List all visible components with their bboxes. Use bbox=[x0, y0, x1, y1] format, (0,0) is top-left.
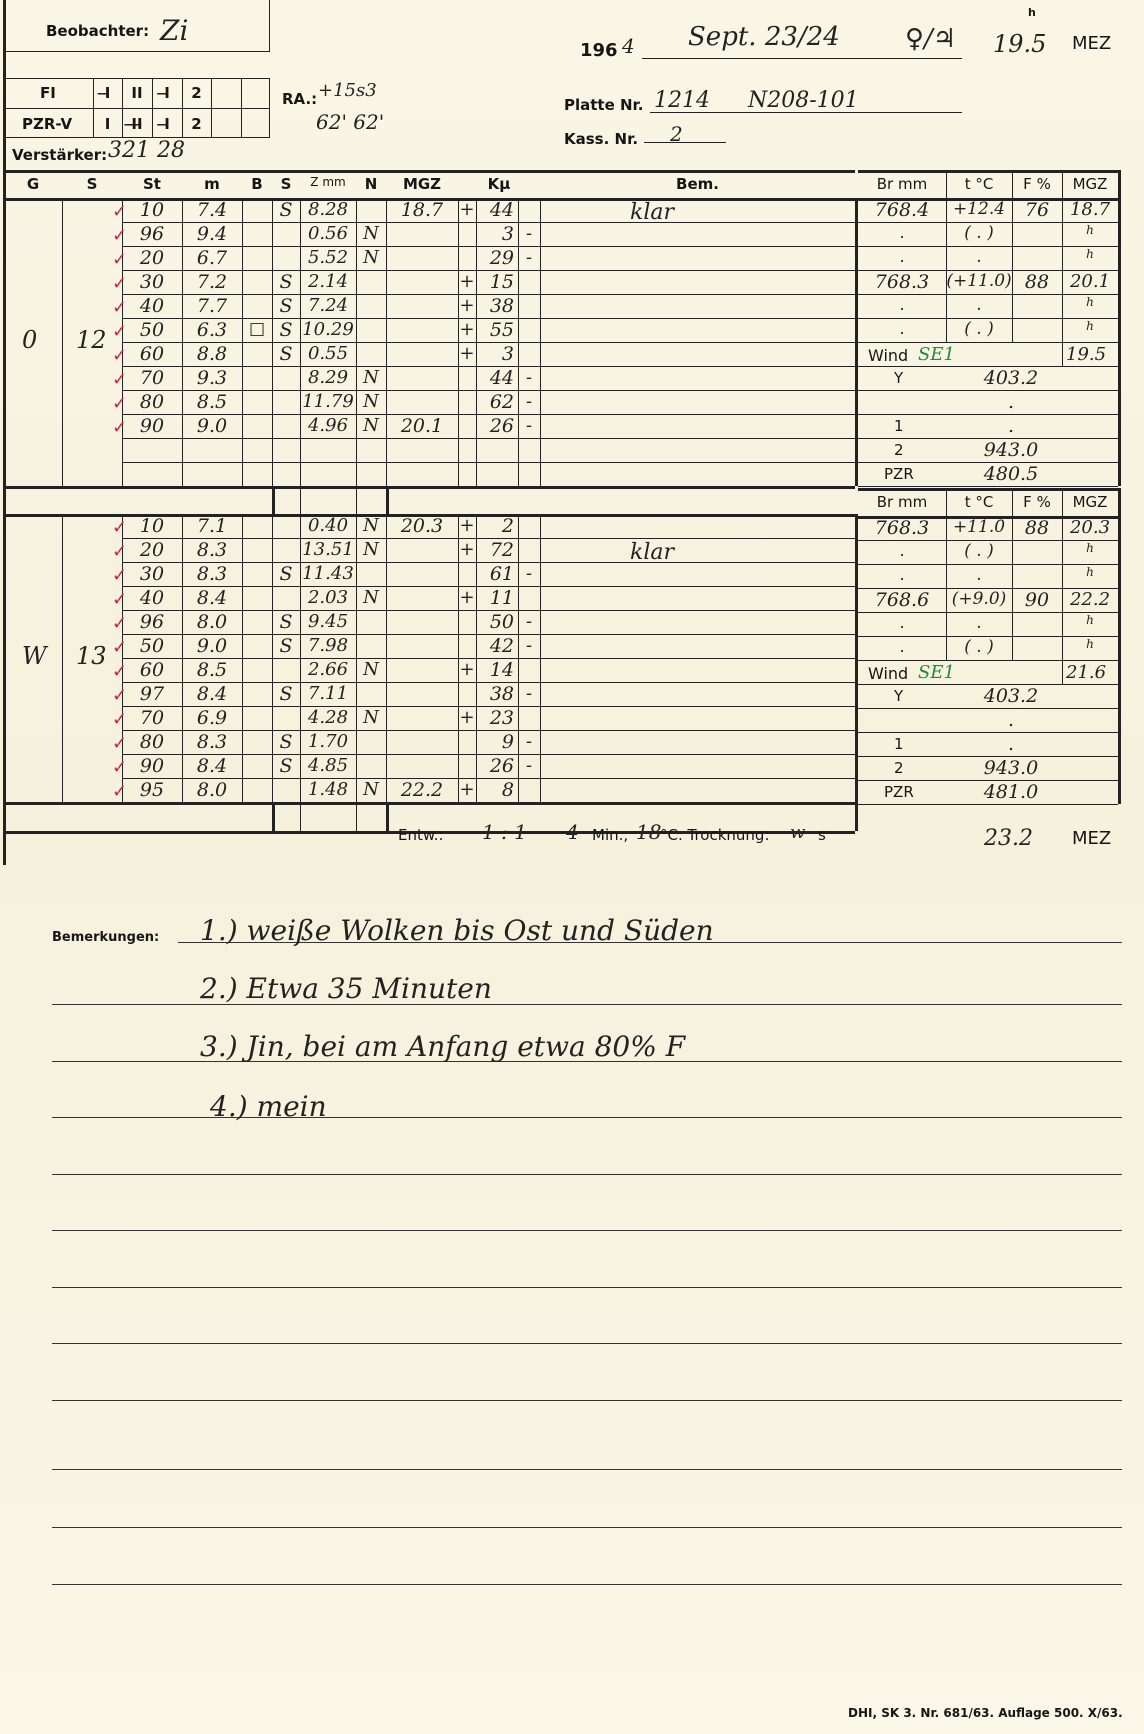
temperature: ( . ) bbox=[946, 637, 1012, 657]
remark-item: 1.) weiße Wolken bis Ost und Süden bbox=[200, 914, 714, 947]
met-extra-label: 2 bbox=[894, 759, 904, 777]
grid-line bbox=[386, 198, 387, 486]
temperature: . bbox=[946, 565, 1012, 585]
remark-item: 3.) Jin, bei am Anfang etwa 80% F bbox=[200, 1030, 685, 1063]
s-flag: S bbox=[272, 271, 300, 293]
date-value: Sept. 23/24 bbox=[688, 22, 840, 52]
k-mu: 38 bbox=[476, 295, 518, 317]
grid-line bbox=[540, 198, 541, 486]
year-prefix: 196 bbox=[580, 40, 618, 61]
drying-s: s bbox=[818, 826, 826, 844]
k-dash: - bbox=[518, 563, 540, 584]
z-mm: 0.56 bbox=[300, 223, 356, 244]
ra-label: RA.: bbox=[282, 90, 317, 108]
remark-line bbox=[52, 1174, 1122, 1175]
k-mu: 3 bbox=[476, 343, 518, 365]
column-header: S bbox=[272, 175, 300, 193]
group-label: 0 bbox=[22, 326, 37, 354]
z-mm: 4.85 bbox=[300, 755, 356, 776]
star-number: 40 bbox=[122, 295, 182, 317]
z-mm: 11.79 bbox=[300, 391, 356, 412]
development-minutes: 4 bbox=[566, 820, 579, 844]
star-number: 60 bbox=[122, 343, 182, 365]
barometer: . bbox=[858, 247, 946, 266]
s-flag: S bbox=[272, 755, 300, 777]
remark-item: 2.) Etwa 35 Minuten bbox=[200, 972, 492, 1005]
n-flag: N bbox=[356, 367, 386, 388]
group-label: W bbox=[22, 642, 47, 670]
star-number: 60 bbox=[122, 659, 182, 681]
z-mm: 10.29 bbox=[300, 319, 356, 340]
wind-time: 21.6 bbox=[1066, 662, 1106, 683]
star-number: 50 bbox=[122, 319, 182, 341]
n-flag: N bbox=[356, 779, 386, 800]
wind-value: SE1 bbox=[918, 662, 955, 683]
filter-cell: II bbox=[122, 84, 152, 102]
remarks-label: Bemerkungen: bbox=[52, 930, 159, 945]
k-mu: 29 bbox=[476, 247, 518, 269]
grid-line bbox=[122, 462, 855, 463]
met-mgz: h bbox=[1062, 319, 1118, 333]
k-mu: 44 bbox=[476, 199, 518, 221]
grid-line bbox=[3, 802, 855, 805]
star-number: 10 bbox=[122, 515, 182, 537]
remark-line bbox=[52, 1343, 1122, 1344]
column-header: S bbox=[62, 175, 122, 193]
grid-line bbox=[3, 170, 855, 173]
cassette-label: Kass. Nr. bbox=[564, 130, 638, 148]
z-mm: 4.96 bbox=[300, 415, 356, 436]
k-dash: - bbox=[518, 635, 540, 656]
met-column-header: t °C bbox=[946, 175, 1012, 193]
grid-line bbox=[300, 802, 301, 831]
grid-line bbox=[300, 486, 301, 514]
grid-line bbox=[855, 802, 858, 831]
star-number: 70 bbox=[122, 367, 182, 389]
b-flag: □ bbox=[242, 319, 272, 339]
amplifier-label: Verstärker: bbox=[12, 146, 107, 164]
k-mu: 14 bbox=[476, 659, 518, 681]
star-number: 80 bbox=[122, 731, 182, 753]
timezone: MEZ bbox=[1072, 33, 1111, 54]
star-number: 90 bbox=[122, 415, 182, 437]
remark-text: klar bbox=[630, 200, 674, 225]
z-mm: 11.43 bbox=[300, 563, 356, 584]
k-dash: - bbox=[518, 731, 540, 752]
met-column-header: Br mm bbox=[858, 493, 946, 511]
amplifier-value: 321 28 bbox=[108, 138, 185, 163]
magnitude: 8.4 bbox=[182, 587, 242, 609]
met-mgz: h bbox=[1062, 541, 1118, 555]
grid-line bbox=[356, 802, 357, 831]
grid-line bbox=[858, 660, 1118, 661]
grid-line bbox=[1012, 170, 1013, 342]
grid-line bbox=[62, 198, 63, 486]
grid-line bbox=[242, 514, 243, 802]
s-flag: S bbox=[272, 731, 300, 753]
k-mu: 61 bbox=[476, 563, 518, 585]
column-header: B bbox=[242, 175, 272, 193]
grid-line bbox=[122, 438, 855, 439]
met-mgz: h bbox=[1062, 295, 1118, 309]
k-sign: + bbox=[458, 199, 476, 220]
n-flag: N bbox=[356, 707, 386, 728]
grid-line bbox=[3, 486, 855, 489]
plate-label: Platte Nr. bbox=[564, 96, 644, 114]
star-number: 20 bbox=[122, 539, 182, 561]
k-mu: 26 bbox=[476, 415, 518, 437]
magnitude: 9.0 bbox=[182, 415, 242, 437]
met-extra-label: 2 bbox=[894, 441, 904, 459]
k-mu: 3 bbox=[476, 223, 518, 245]
met-mgz: 18.7 bbox=[1062, 199, 1118, 220]
observation-card: Beobachter: Zi FI PZR-V I̶ II I̶ 2 I I̶I… bbox=[0, 0, 1144, 1734]
n-flag: N bbox=[356, 539, 386, 560]
magnitude: 7.7 bbox=[182, 295, 242, 317]
n-flag: N bbox=[356, 587, 386, 608]
z-mm: 0.55 bbox=[300, 343, 356, 364]
met-extra-value: 943.0 bbox=[956, 439, 1066, 461]
met-mgz: 22.2 bbox=[1062, 589, 1118, 610]
n-flag: N bbox=[356, 247, 386, 268]
z-mm: 4.28 bbox=[300, 707, 356, 728]
weekday-value: ♀/♃ bbox=[905, 24, 956, 54]
mgz: 20.3 bbox=[386, 515, 458, 537]
imprint: DHI, SK 3. Nr. 681/63. Auflage 500. X/63… bbox=[848, 1706, 1123, 1720]
met-extra-label: 1 bbox=[894, 417, 904, 435]
filter-cell: I̶ bbox=[152, 84, 182, 102]
filter-cell: I bbox=[93, 115, 122, 133]
temperature: +12.4 bbox=[946, 199, 1012, 219]
z-mm: 2.66 bbox=[300, 659, 356, 680]
met-extra-label: Y bbox=[894, 687, 903, 705]
remark-item: 4.) mein bbox=[210, 1090, 327, 1123]
met-extra-value: 481.0 bbox=[956, 781, 1066, 803]
temperature: +11.0 bbox=[946, 517, 1012, 537]
k-mu: 38 bbox=[476, 683, 518, 705]
mgz: 22.2 bbox=[386, 779, 458, 801]
z-mm: 8.28 bbox=[300, 199, 356, 220]
met-mgz: 20.3 bbox=[1062, 517, 1118, 538]
magnitude: 6.7 bbox=[182, 247, 242, 269]
remark-line bbox=[52, 1287, 1122, 1288]
met-extra-value: 943.0 bbox=[956, 757, 1066, 779]
grid-line bbox=[1062, 170, 1063, 366]
grid-line bbox=[386, 486, 389, 514]
s-flag: S bbox=[272, 611, 300, 633]
k-mu: 55 bbox=[476, 319, 518, 341]
barometer: . bbox=[858, 223, 946, 242]
magnitude: 8.3 bbox=[182, 563, 242, 585]
met-extra-value: . bbox=[956, 709, 1066, 731]
k-dash: - bbox=[518, 415, 540, 436]
barometer: . bbox=[858, 637, 946, 656]
star-number: 20 bbox=[122, 247, 182, 269]
grid-line bbox=[356, 486, 357, 514]
magnitude: 7.4 bbox=[182, 199, 242, 221]
star-number: 96 bbox=[122, 611, 182, 633]
z-mm: 0.40 bbox=[300, 515, 356, 536]
grid-line bbox=[858, 804, 1118, 805]
plate-extra: N208-101 bbox=[748, 88, 859, 113]
grid-line bbox=[272, 486, 275, 514]
temperature: ( . ) bbox=[946, 223, 1012, 243]
ra-value: +15s3 bbox=[318, 80, 377, 101]
met-extra-value: 480.5 bbox=[956, 463, 1066, 485]
barometer: . bbox=[858, 613, 946, 632]
n-flag: N bbox=[356, 415, 386, 436]
k-mu: 11 bbox=[476, 587, 518, 609]
star-number: 40 bbox=[122, 587, 182, 609]
k-mu: 62 bbox=[476, 391, 518, 413]
s-flag: S bbox=[272, 295, 300, 317]
k-dash: - bbox=[518, 755, 540, 776]
grid-line bbox=[946, 488, 947, 660]
met-mgz: h bbox=[1062, 247, 1118, 261]
observer-label: Beobachter: bbox=[46, 22, 149, 40]
magnitude: 8.4 bbox=[182, 755, 242, 777]
magnitude: 9.3 bbox=[182, 367, 242, 389]
humidity: 88 bbox=[1012, 517, 1062, 539]
remarks-section bbox=[0, 865, 1144, 1734]
star-number: 80 bbox=[122, 391, 182, 413]
development-ratio: 1 : 1 bbox=[482, 820, 527, 844]
grid-line bbox=[242, 198, 243, 486]
met-extra-value: . bbox=[956, 391, 1066, 413]
development-min-label: Min., bbox=[592, 826, 628, 844]
k-mu: 42 bbox=[476, 635, 518, 657]
wind-time: 19.5 bbox=[1066, 344, 1106, 365]
mgz: 20.1 bbox=[386, 415, 458, 437]
cassette-value: 2 bbox=[670, 122, 683, 146]
n-flag: N bbox=[356, 391, 386, 412]
end-timezone: MEZ bbox=[1072, 828, 1111, 849]
met-mgz: 20.1 bbox=[1062, 271, 1118, 292]
met-extra-value: . bbox=[956, 733, 1066, 755]
k-sign: + bbox=[458, 515, 476, 536]
grid-line bbox=[1118, 170, 1121, 486]
magnitude: 8.0 bbox=[182, 779, 242, 801]
remark-line bbox=[52, 1584, 1122, 1585]
wind-label: Wind bbox=[868, 664, 908, 683]
grid-line bbox=[1118, 488, 1121, 804]
met-column-header: Br mm bbox=[858, 175, 946, 193]
time-unit: h bbox=[1028, 6, 1036, 19]
z-mm: 7.24 bbox=[300, 295, 356, 316]
met-extra-label: Y bbox=[894, 369, 903, 387]
k-mu: 23 bbox=[476, 707, 518, 729]
met-extra-value: 403.2 bbox=[956, 685, 1066, 707]
remark-line bbox=[52, 1527, 1122, 1528]
k-dash: - bbox=[518, 391, 540, 412]
z-mm: 2.03 bbox=[300, 587, 356, 608]
s-flag: S bbox=[272, 343, 300, 365]
development-temp-label: °C. Trocknung: bbox=[660, 826, 770, 844]
development-temp: 18 bbox=[636, 820, 661, 844]
met-mgz: h bbox=[1062, 223, 1118, 237]
ra-line2: 62' 62' bbox=[316, 110, 384, 134]
grid-line bbox=[1062, 488, 1063, 684]
met-column-header: MGZ bbox=[1062, 175, 1118, 193]
sequence-label: 12 bbox=[76, 326, 107, 354]
column-header: m bbox=[182, 175, 242, 193]
development-label: Entw.: bbox=[398, 826, 444, 844]
k-sign: + bbox=[458, 587, 476, 608]
grid-line bbox=[858, 170, 1118, 173]
column-header: St bbox=[122, 175, 182, 193]
remark-line bbox=[52, 1469, 1122, 1470]
met-mgz: h bbox=[1062, 613, 1118, 627]
grid-line bbox=[858, 488, 1118, 491]
met-extra-value: . bbox=[956, 415, 1066, 437]
s-flag: S bbox=[272, 683, 300, 705]
z-mm: 1.70 bbox=[300, 731, 356, 752]
k-mu: 8 bbox=[476, 779, 518, 801]
filter-cell: 2 bbox=[182, 115, 211, 133]
k-dash: - bbox=[518, 683, 540, 704]
magnitude: 7.2 bbox=[182, 271, 242, 293]
n-flag: N bbox=[356, 223, 386, 244]
met-extra-label: 1 bbox=[894, 735, 904, 753]
humidity: 90 bbox=[1012, 589, 1062, 611]
k-sign: + bbox=[458, 295, 476, 316]
filter-cell: 2 bbox=[182, 84, 211, 102]
wind-label: Wind bbox=[868, 346, 908, 365]
star-number: 97 bbox=[122, 683, 182, 705]
year-digit: 4 bbox=[622, 34, 635, 58]
filter-row-label: PZR-V bbox=[22, 115, 72, 133]
temperature: (+11.0) bbox=[946, 271, 1012, 291]
barometer: 768.6 bbox=[858, 589, 946, 611]
k-dash: - bbox=[518, 223, 540, 244]
star-number: 30 bbox=[122, 563, 182, 585]
k-dash: - bbox=[518, 247, 540, 268]
temperature: . bbox=[946, 247, 1012, 267]
barometer: 768.4 bbox=[858, 199, 946, 221]
temperature: ( . ) bbox=[946, 541, 1012, 561]
star-number: 50 bbox=[122, 635, 182, 657]
star-number: 95 bbox=[122, 779, 182, 801]
column-header: Z mm bbox=[300, 175, 356, 189]
k-mu: 72 bbox=[476, 539, 518, 561]
barometer: 768.3 bbox=[858, 517, 946, 539]
grid-line bbox=[62, 514, 63, 802]
s-flag: S bbox=[272, 199, 300, 221]
k-dash: - bbox=[518, 367, 540, 388]
k-mu: 44 bbox=[476, 367, 518, 389]
k-mu: 2 bbox=[476, 515, 518, 537]
remark-line bbox=[52, 1230, 1122, 1231]
grid-line bbox=[1012, 488, 1013, 660]
star-number: 30 bbox=[122, 271, 182, 293]
barometer: . bbox=[858, 541, 946, 560]
z-mm: 7.11 bbox=[300, 683, 356, 704]
grid-line bbox=[386, 802, 389, 831]
z-mm: 5.52 bbox=[300, 247, 356, 268]
met-extra-label: PZR bbox=[884, 783, 914, 801]
grid-line bbox=[540, 514, 541, 802]
column-header: N bbox=[356, 175, 386, 193]
k-sign: + bbox=[458, 659, 476, 680]
observer-value: Zi bbox=[160, 14, 188, 47]
k-sign: + bbox=[458, 779, 476, 800]
n-flag: N bbox=[356, 515, 386, 536]
remark-text: klar bbox=[630, 540, 674, 565]
z-mm: 9.45 bbox=[300, 611, 356, 632]
grid-line bbox=[272, 198, 273, 486]
grid-line bbox=[946, 170, 947, 342]
z-mm: 2.14 bbox=[300, 271, 356, 292]
k-mu: 9 bbox=[476, 731, 518, 753]
z-mm: 1.48 bbox=[300, 779, 356, 800]
s-flag: S bbox=[272, 563, 300, 585]
barometer: . bbox=[858, 319, 946, 338]
k-mu: 15 bbox=[476, 271, 518, 293]
filter-cell: I̶ bbox=[93, 84, 122, 102]
k-sign: + bbox=[458, 343, 476, 364]
magnitude: 6.3 bbox=[182, 319, 242, 341]
column-header: Kμ bbox=[458, 175, 540, 193]
wind-value: SE1 bbox=[918, 344, 955, 365]
filter-cell: I̶I̶ bbox=[122, 115, 152, 133]
k-mu: 26 bbox=[476, 755, 518, 777]
magnitude: 8.8 bbox=[182, 343, 242, 365]
sequence-label: 13 bbox=[76, 642, 107, 670]
star-number: 96 bbox=[122, 223, 182, 245]
temperature: ( . ) bbox=[946, 319, 1012, 339]
grid-line bbox=[858, 486, 1118, 487]
magnitude: 9.0 bbox=[182, 635, 242, 657]
grid-line bbox=[858, 342, 1118, 343]
temperature: (+9.0) bbox=[946, 589, 1012, 609]
met-mgz: h bbox=[1062, 565, 1118, 579]
filter-cell: I̶ bbox=[152, 115, 182, 133]
remark-line bbox=[52, 1400, 1122, 1401]
magnitude: 8.5 bbox=[182, 391, 242, 413]
met-column-header: F % bbox=[1012, 175, 1062, 193]
k-sign: + bbox=[458, 271, 476, 292]
magnitude: 8.0 bbox=[182, 611, 242, 633]
s-flag: S bbox=[272, 319, 300, 341]
n-flag: N bbox=[356, 659, 386, 680]
grid-line bbox=[386, 514, 387, 802]
k-sign: + bbox=[458, 539, 476, 560]
plate-value: 1214 bbox=[654, 88, 710, 113]
column-header: Bem. bbox=[540, 175, 855, 193]
magnitude: 8.4 bbox=[182, 683, 242, 705]
z-mm: 8.29 bbox=[300, 367, 356, 388]
grid-line bbox=[458, 198, 459, 486]
magnitude: 7.1 bbox=[182, 515, 242, 537]
humidity: 88 bbox=[1012, 271, 1062, 293]
magnitude: 8.3 bbox=[182, 731, 242, 753]
met-column-header: MGZ bbox=[1062, 493, 1118, 511]
star-number: 90 bbox=[122, 755, 182, 777]
filter-row-label: FI bbox=[40, 84, 56, 102]
magnitude: 6.9 bbox=[182, 707, 242, 729]
z-mm: 7.98 bbox=[300, 635, 356, 656]
met-extra-label: PZR bbox=[884, 465, 914, 483]
end-time: 23.2 bbox=[984, 826, 1033, 851]
k-sign: + bbox=[458, 707, 476, 728]
temperature: . bbox=[946, 613, 1012, 633]
column-header: G bbox=[4, 175, 62, 193]
temperature: . bbox=[946, 295, 1012, 315]
mgz: 18.7 bbox=[386, 199, 458, 221]
star-number: 70 bbox=[122, 707, 182, 729]
z-mm: 13.51 bbox=[300, 539, 356, 560]
magnitude: 9.4 bbox=[182, 223, 242, 245]
